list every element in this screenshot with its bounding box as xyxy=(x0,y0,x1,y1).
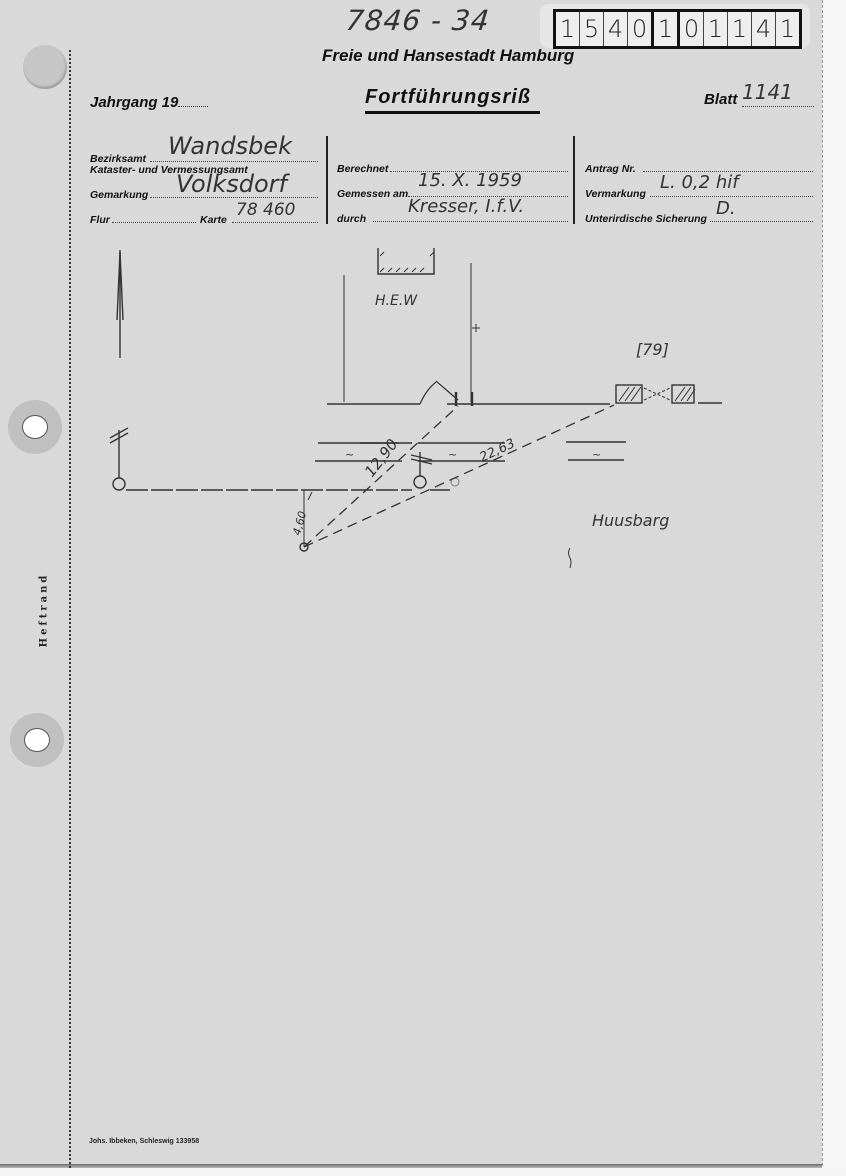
measurement-label: 12,90 xyxy=(361,436,402,481)
ditch-symbol: ~ xyxy=(592,448,601,461)
lamp-post-icon xyxy=(411,452,432,488)
ditch-symbol: ~ xyxy=(448,448,457,461)
printer-imprint: Johs. Ibbeken, Schleswig 133958 xyxy=(89,1138,199,1145)
north-arrow-icon xyxy=(117,250,123,358)
street-label: Huusbarg xyxy=(592,511,669,530)
parcel-label: [79] xyxy=(636,340,669,359)
measurement-label: 4,60 xyxy=(290,510,309,537)
survey-sketch: H.E.W [79] Huusbarg 12,90 22,63 4,60 ~ ~… xyxy=(0,0,846,1176)
gate-posts-icon xyxy=(616,385,695,403)
building-label: H.E.W xyxy=(375,293,418,309)
ditch-symbol: ~ xyxy=(345,448,354,461)
lamp-post-icon xyxy=(110,428,128,490)
building-outline-icon xyxy=(378,248,434,274)
